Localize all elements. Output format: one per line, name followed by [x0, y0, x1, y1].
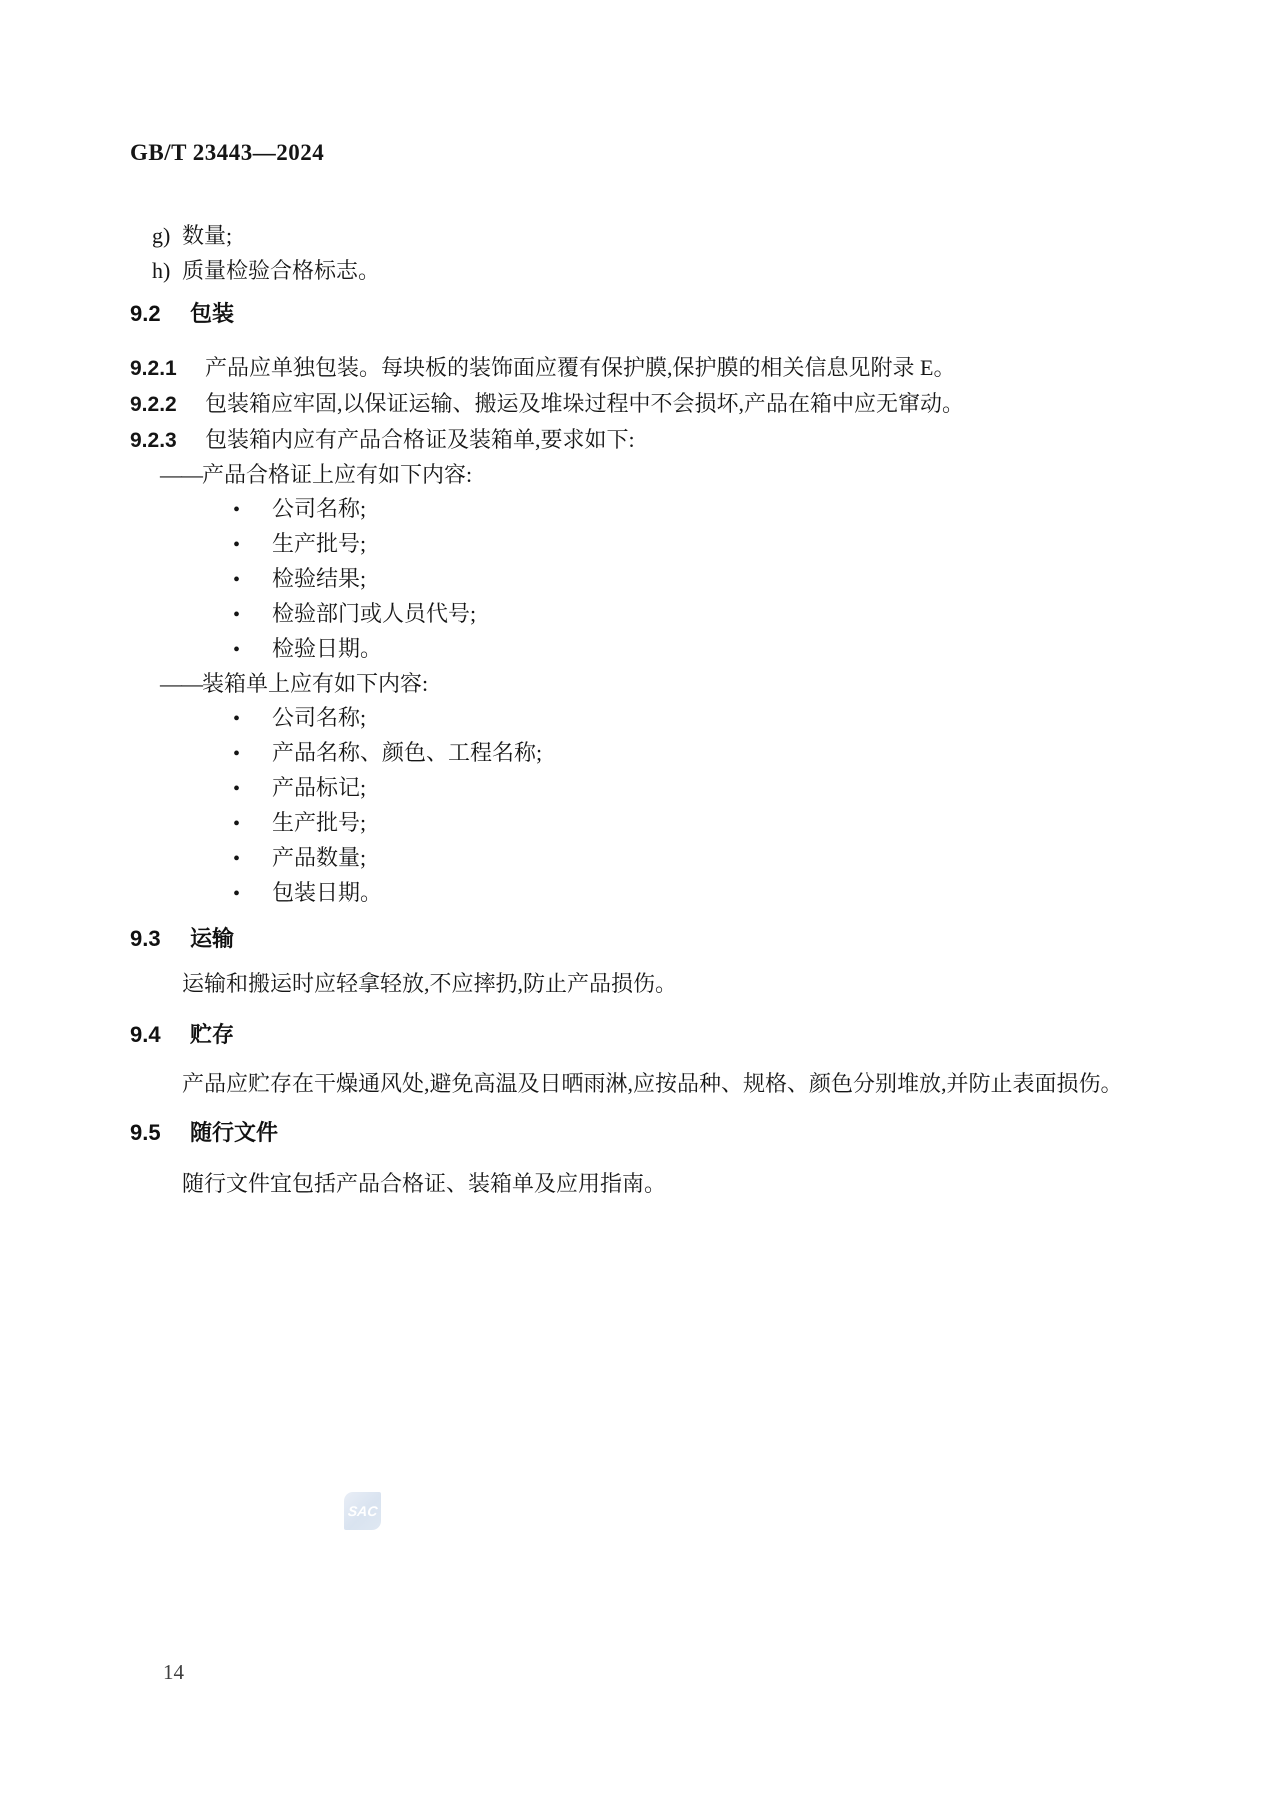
- bullet-text: 检验结果;: [272, 566, 366, 591]
- clause-list-9-2: 9.2.1产品应单独包装。每块板的装饰面应覆有保护膜,保护膜的相关信息见附录 E…: [130, 350, 1150, 458]
- bullet-list-item: •检验结果;: [130, 562, 1150, 597]
- clause-9-2-3: 9.2.3包装箱内应有产品合格证及装箱单,要求如下:: [130, 422, 1150, 458]
- dash-mark: ——: [160, 671, 202, 696]
- bullet-list-packing: •公司名称; •产品名称、颜色、工程名称; •产品标记; •生产批号; •产品数…: [130, 701, 1150, 911]
- section-heading-9-2: 9.2包装: [130, 300, 1150, 328]
- bullet-list-item: •检验日期。: [130, 632, 1150, 667]
- dash-mark: ——: [160, 462, 202, 487]
- clause-text: 产品应单独包装。每块板的装饰面应覆有保护膜,保护膜的相关信息见附录 E。: [205, 355, 955, 380]
- bullet-text: 生产批号;: [272, 810, 366, 835]
- bullet-list-item: •生产批号;: [130, 806, 1150, 841]
- dash-list-item-certificate: ——产品合格证上应有如下内容:: [130, 458, 1150, 492]
- document-page: GB/T 23443—2024 g)数量; h)质量检验合格标志。 9.2包装 …: [0, 0, 1280, 1810]
- bullet-text: 包装日期。: [272, 880, 382, 905]
- section-paragraph-9-4: 产品应贮存在干燥通风处,避免高温及日晒雨淋,应按品种、规格、颜色分别堆放,并防止…: [130, 1067, 1150, 1101]
- section-number: 9.5: [130, 1119, 190, 1147]
- bullet-text: 产品名称、颜色、工程名称;: [272, 740, 542, 765]
- lettered-item-text: 质量检验合格标志。: [182, 258, 380, 283]
- dash-text: 产品合格证上应有如下内容:: [202, 462, 472, 487]
- bullet-text: 检验日期。: [272, 636, 382, 661]
- section-number: 9.2: [130, 300, 190, 328]
- bullet-text: 产品标记;: [272, 775, 366, 800]
- dash-text: 装箱单上应有如下内容:: [202, 671, 428, 696]
- section-title: 包装: [190, 301, 234, 326]
- section-heading-9-5: 9.5随行文件: [130, 1119, 1150, 1147]
- lettered-item-label: h): [152, 253, 182, 288]
- bullet-text: 检验部门或人员代号;: [272, 601, 476, 626]
- bullet-icon: •: [233, 563, 272, 597]
- bullet-list-certificate: •公司名称; •生产批号; •检验结果; •检验部门或人员代号; •检验日期。: [130, 492, 1150, 667]
- section-heading-9-4: 9.4贮存: [130, 1021, 1150, 1049]
- clause-number: 9.2.1: [130, 351, 205, 386]
- bullet-text: 公司名称;: [272, 705, 366, 730]
- clause-text: 包装箱应牢固,以保证运输、搬运及堆垛过程中不会损坏,产品在箱中应无窜动。: [205, 391, 964, 416]
- bullet-icon: •: [233, 807, 272, 841]
- section-number: 9.3: [130, 925, 190, 953]
- sac-watermark-badge: SAC: [344, 1492, 381, 1530]
- bullet-list-item: •产品标记;: [130, 771, 1150, 806]
- section-title: 随行文件: [190, 1120, 278, 1145]
- sac-watermark-label: SAC: [347, 1503, 378, 1519]
- clause-number: 9.2.3: [130, 423, 205, 458]
- bullet-icon: •: [233, 493, 272, 527]
- section-heading-9-3: 9.3运输: [130, 925, 1150, 953]
- clause-number: 9.2.2: [130, 387, 205, 422]
- bullet-list-item: •产品名称、颜色、工程名称;: [130, 736, 1150, 771]
- bullet-icon: •: [233, 842, 272, 876]
- bullet-list-item: •包装日期。: [130, 876, 1150, 911]
- page-content: GB/T 23443—2024 g)数量; h)质量检验合格标志。 9.2包装 …: [0, 0, 1280, 1201]
- page-number: 14: [163, 1660, 184, 1685]
- bullet-icon: •: [233, 877, 272, 911]
- bullet-icon: •: [233, 528, 272, 562]
- lettered-item-text: 数量;: [182, 223, 232, 248]
- lettered-list: g)数量; h)质量检验合格标志。: [130, 218, 1150, 288]
- section-title: 运输: [190, 926, 234, 951]
- bullet-list-item: •公司名称;: [130, 701, 1150, 736]
- bullet-text: 生产批号;: [272, 531, 366, 556]
- lettered-item-h: h)质量检验合格标志。: [130, 253, 1150, 288]
- bullet-icon: •: [233, 737, 272, 771]
- clause-text: 包装箱内应有产品合格证及装箱单,要求如下:: [205, 427, 635, 452]
- bullet-text: 公司名称;: [272, 496, 366, 521]
- bullet-list-item: •生产批号;: [130, 527, 1150, 562]
- bullet-icon: •: [233, 598, 272, 632]
- section-paragraph-9-5: 随行文件宜包括产品合格证、装箱单及应用指南。: [130, 1167, 1150, 1201]
- bullet-text: 产品数量;: [272, 845, 366, 870]
- section-number: 9.4: [130, 1021, 190, 1049]
- bullet-list-item: •公司名称;: [130, 492, 1150, 527]
- bullet-list-item: •检验部门或人员代号;: [130, 597, 1150, 632]
- dash-list-item-packing-list: ——装箱单上应有如下内容:: [130, 667, 1150, 701]
- clause-9-2-1: 9.2.1产品应单独包装。每块板的装饰面应覆有保护膜,保护膜的相关信息见附录 E…: [130, 350, 1150, 386]
- section-title: 贮存: [190, 1022, 234, 1047]
- bullet-icon: •: [233, 702, 272, 736]
- bullet-icon: •: [233, 772, 272, 806]
- section-paragraph-9-3: 运输和搬运时应轻拿轻放,不应摔扔,防止产品损伤。: [130, 967, 1150, 1001]
- bullet-icon: •: [233, 633, 272, 667]
- clause-9-2-2: 9.2.2包装箱应牢固,以保证运输、搬运及堆垛过程中不会损坏,产品在箱中应无窜动…: [130, 386, 1150, 422]
- lettered-item-label: g): [152, 218, 182, 253]
- lettered-item-g: g)数量;: [130, 218, 1150, 253]
- standard-number: GB/T 23443—2024: [130, 140, 1150, 166]
- bullet-list-item: •产品数量;: [130, 841, 1150, 876]
